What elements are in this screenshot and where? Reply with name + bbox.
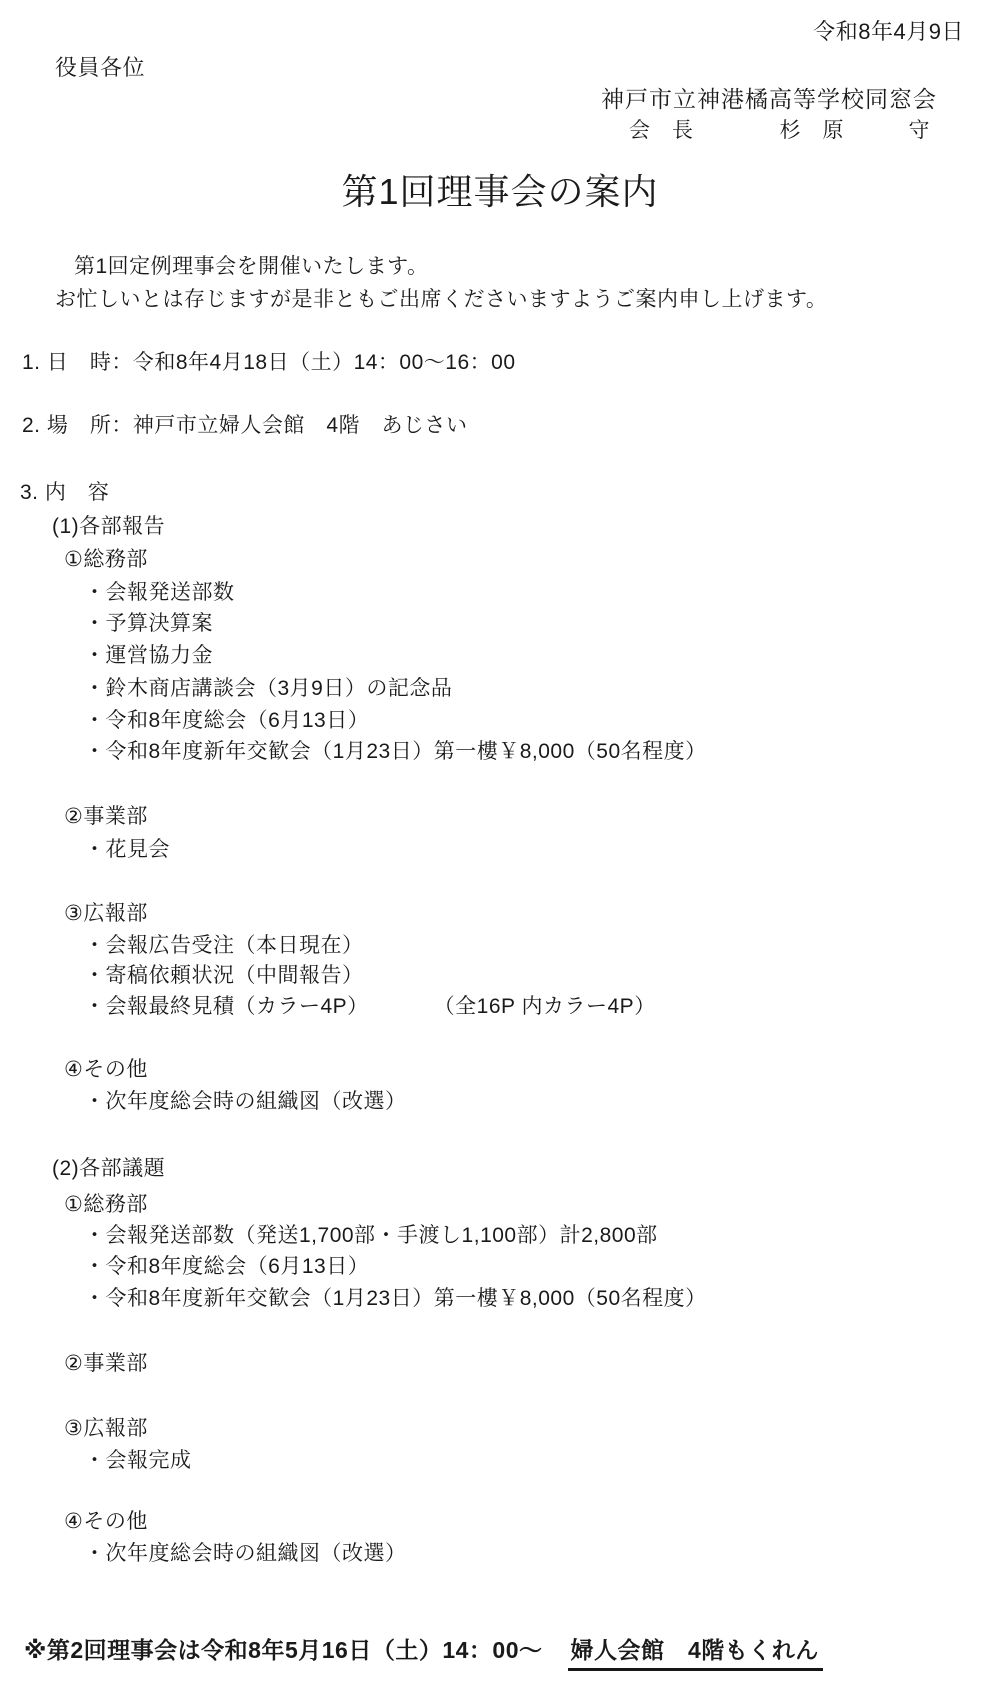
item-datetime: 1. 日 時：令和8年4月18日（土）14：00～16：00: [22, 350, 516, 376]
organization-name: 神戸市立神港橘高等学校同窓会: [601, 85, 937, 114]
agenda-soumu-heading: ①総務部: [64, 1192, 148, 1218]
item-contents: 3. 内 容: [20, 480, 109, 506]
agenda-sonota-bullet: ・次年度総会時の組織図（改選）: [84, 1541, 407, 1567]
intro-line-2: お忙しいとは存じますが是非ともご出席くださいますようご案内申し上げます。: [55, 287, 827, 313]
footer-note-location: 婦人会館 4階もくれん: [568, 1636, 822, 1671]
item-place: 2. 場 所：神戸市立婦人会館 4階 あじさい: [22, 413, 468, 439]
footer-note-prefix: ※第2回理事会は令和8年5月16日（土）14：00～: [24, 1637, 542, 1663]
agenda-kouhou-heading: ③広報部: [64, 1416, 148, 1442]
intro-line-1: 第1回定例理事会を開催いたします。: [74, 254, 429, 280]
reports-sonota-heading: ④その他: [64, 1057, 148, 1083]
document-page: 令和8年4月9日 役員各位 神戸市立神港橘高等学校同窓会 会 長 杉 原 守 第…: [0, 0, 1000, 1695]
reports-heading: (1)各部報告: [52, 514, 165, 540]
agenda-heading: (2)各部議題: [52, 1156, 165, 1182]
president-line: 会 長 杉 原 守: [629, 118, 930, 144]
reports-soumu-heading: ①総務部: [64, 547, 148, 573]
issue-date: 令和8年4月9日: [813, 18, 964, 46]
agenda-soumu-bullet: ・令和8年度新年交歓会（1月23日）第一樓￥8,000（50名程度）: [84, 1286, 707, 1312]
agenda-kouhou-bullet: ・会報完成: [84, 1448, 192, 1474]
reports-jigyou-bullet: ・花見会: [84, 837, 170, 863]
reports-soumu-bullet: ・予算決算案: [84, 611, 213, 637]
reports-kouhou-bullet: ・会報最終見積（カラー4P） （全16P 内カラー4P）: [84, 994, 656, 1020]
agenda-jigyou-heading: ②事業部: [64, 1351, 148, 1377]
reports-jigyou-heading: ②事業部: [64, 804, 148, 830]
reports-sonota-bullet: ・次年度総会時の組織図（改選）: [84, 1089, 407, 1115]
reports-soumu-bullet: ・鈴木商店講談会（3月9日）の記念品: [84, 676, 452, 702]
agenda-sonota-heading: ④その他: [64, 1509, 148, 1535]
agenda-soumu-bullet: ・会報発送部数（発送1,700部・手渡し1,100部）計2,800部: [84, 1223, 658, 1249]
reports-kouhou-heading: ③広報部: [64, 901, 148, 927]
reports-kouhou-bullet: ・寄稿依頼状況（中間報告）: [84, 963, 364, 989]
reports-soumu-bullet: ・令和8年度総会（6月13日）: [84, 708, 369, 734]
reports-soumu-bullet: ・会報発送部数: [84, 580, 235, 606]
footer-note: ※第2回理事会は令和8年5月16日（土）14：00～婦人会館 4階もくれん: [24, 1636, 823, 1671]
agenda-soumu-bullet: ・令和8年度総会（6月13日）: [84, 1254, 369, 1280]
document-title: 第1回理事会の案内: [0, 170, 1000, 213]
reports-kouhou-bullet: ・会報広告受注（本日現在）: [84, 933, 364, 959]
reports-soumu-bullet: ・令和8年度新年交歓会（1月23日）第一樓￥8,000（50名程度）: [84, 739, 707, 765]
reports-soumu-bullet: ・運営協力金: [84, 643, 213, 669]
recipient-line: 役員各位: [55, 54, 145, 82]
